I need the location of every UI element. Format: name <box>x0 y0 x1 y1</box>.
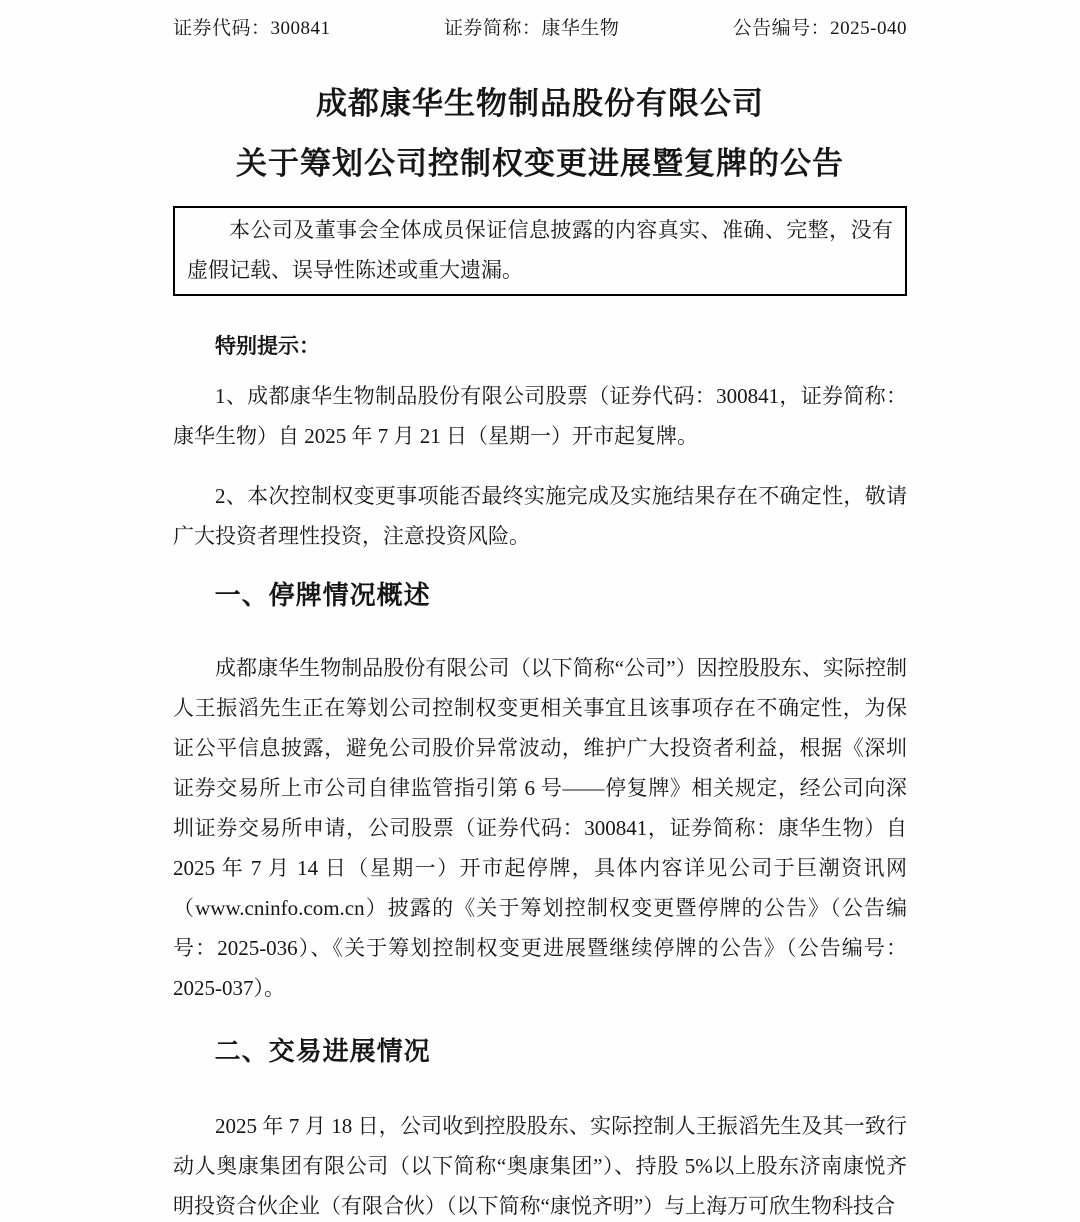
section-paragraph-transaction-progress: 2025 年 7 月 18 日，公司收到控股股东、实际控制人王振滔先生及其一致行… <box>173 1106 907 1222</box>
announcement-page: 证券代码：300841 证券简称：康华生物 公告编号：2025-040 成都康华… <box>0 0 1080 1222</box>
section-heading-suspension-overview: 一、停牌情况概述 <box>173 578 907 614</box>
announcement-number: 公告编号：2025-040 <box>733 16 907 42</box>
company-title: 成都康华生物制品股份有限公司 <box>173 82 907 126</box>
stock-code: 证券代码：300841 <box>173 16 331 42</box>
special-notice-item-1: 1、成都康华生物制品股份有限公司股票（证券代码：300841，证券简称：康华生物… <box>173 376 907 456</box>
special-notice-heading: 特别提示： <box>173 326 907 366</box>
announcement-title: 关于筹划公司控制权变更进展暨复牌的公告 <box>173 142 907 186</box>
section-paragraph-suspension-overview: 成都康华生物制品股份有限公司（以下简称“公司”）因控股股东、实际控制人王振滔先生… <box>173 648 907 1008</box>
section-heading-transaction-progress: 二、交易进展情况 <box>173 1034 907 1070</box>
disclaimer-text: 本公司及董事会全体成员保证信息披露的内容真实、准确、完整，没有虚假记载、误导性陈… <box>187 210 893 290</box>
document-meta-row: 证券代码：300841 证券简称：康华生物 公告编号：2025-040 <box>173 16 907 42</box>
special-notice-item-2: 2、本次控制权变更事项能否最终实施完成及实施结果存在不确定性，敬请广大投资者理性… <box>173 476 907 556</box>
document-body: 证券代码：300841 证券简称：康华生物 公告编号：2025-040 成都康华… <box>173 16 907 1222</box>
disclaimer-box: 本公司及董事会全体成员保证信息披露的内容真实、准确、完整，没有虚假记载、误导性陈… <box>173 206 907 296</box>
stock-short-name: 证券简称：康华生物 <box>444 16 620 42</box>
